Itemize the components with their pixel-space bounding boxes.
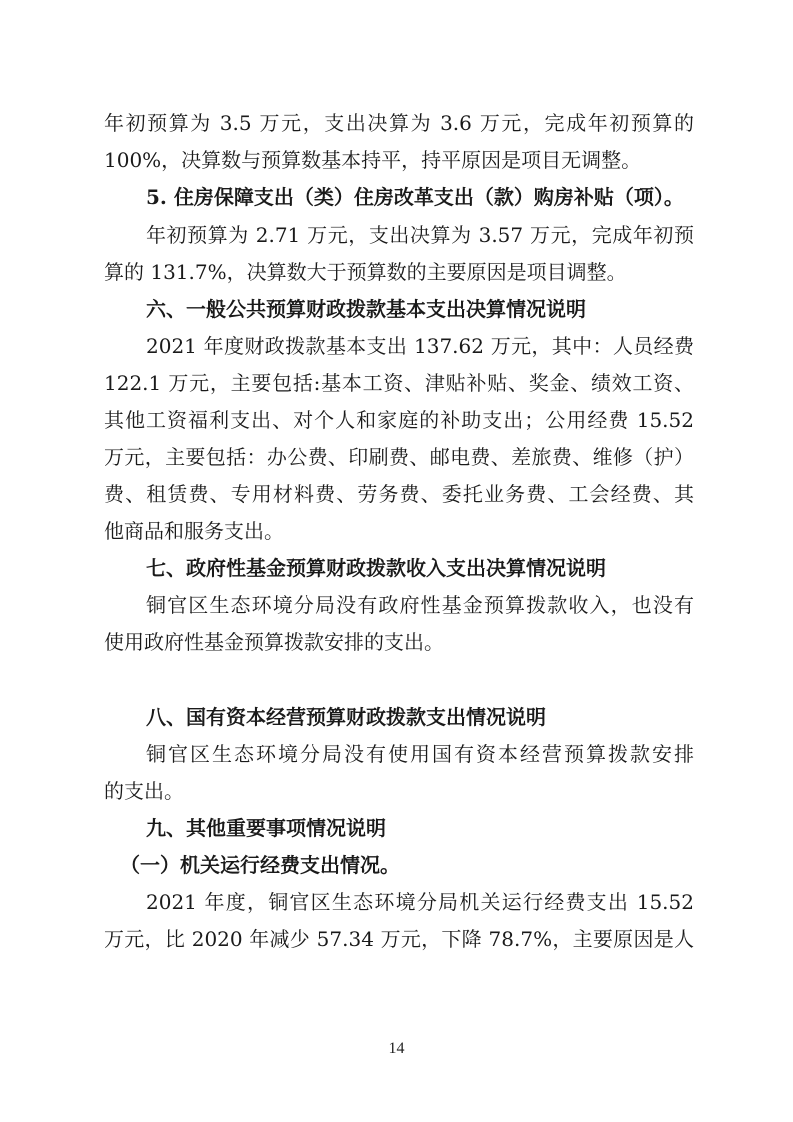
paragraph-line: 万元，比 2020 年减少 57.34 万元，下降 78.7%，主要原因是人 bbox=[104, 924, 694, 954]
paragraph-line: 万元，主要包括：办公费、印刷费、邮电费、差旅费、维修（护） bbox=[104, 442, 694, 472]
paragraph-line: 2021 年度财政拨款基本支出 137.62 万元，其中：人员经费 bbox=[146, 331, 694, 361]
paragraph-line: 2021 年度，铜官区生态环境分局机关运行经费支出 15.52 bbox=[146, 887, 694, 917]
page-number: 14 bbox=[0, 1040, 793, 1058]
subsection-1-heading: （一）机关运行经费支出情况。 bbox=[120, 850, 694, 880]
paragraph-line: 使用政府性基金预算拨款安排的支出。 bbox=[104, 627, 694, 657]
paragraph-line: 费、租赁费、专用材料费、劳务费、委托业务费、工会经费、其 bbox=[104, 479, 694, 509]
paragraph-line: 铜官区生态环境分局没有政府性基金预算拨款收入，也没有 bbox=[146, 590, 694, 620]
paragraph-line: 122.1 万元，主要包括:基本工资、津贴补贴、奖金、绩效工资、 bbox=[104, 368, 694, 398]
section-8-heading: 八、国有资本经营预算财政拨款支出情况说明 bbox=[146, 702, 694, 732]
section-6-heading: 六、一般公共预算财政拨款基本支出决算情况说明 bbox=[146, 294, 694, 324]
section-9-heading: 九、其他重要事项情况说明 bbox=[146, 813, 694, 843]
document-page: 年初预算为 3.5 万元，支出决算为 3.6 万元，完成年初预算的 100%，决… bbox=[0, 0, 793, 1122]
section-7-heading: 七、政府性基金预算财政拨款收入支出决算情况说明 bbox=[146, 553, 694, 583]
paragraph-line: 年初预算为 2.71 万元，支出决算为 3.57 万元，完成年初预 bbox=[146, 220, 694, 250]
paragraph-line: 年初预算为 3.5 万元，支出决算为 3.6 万元，完成年初预算的 bbox=[104, 108, 694, 138]
paragraph-line: 算的 131.7%，决算数大于预算数的主要原因是项目调整。 bbox=[104, 257, 694, 287]
paragraph-line: 他商品和服务支出。 bbox=[104, 516, 694, 546]
item-5-heading: 5. 住房保障支出（类）住房改革支出（款）购房补贴（项）。 bbox=[146, 182, 694, 212]
paragraph-line: 100%，决算数与预算数基本持平，持平原因是项目无调整。 bbox=[104, 145, 694, 175]
paragraph-line: 其他工资福利支出、对个人和家庭的补助支出；公用经费 15.52 bbox=[104, 405, 694, 435]
paragraph-line: 铜官区生态环境分局没有使用国有资本经营预算拨款安排 bbox=[146, 739, 694, 769]
paragraph-line: 的支出。 bbox=[104, 776, 694, 806]
